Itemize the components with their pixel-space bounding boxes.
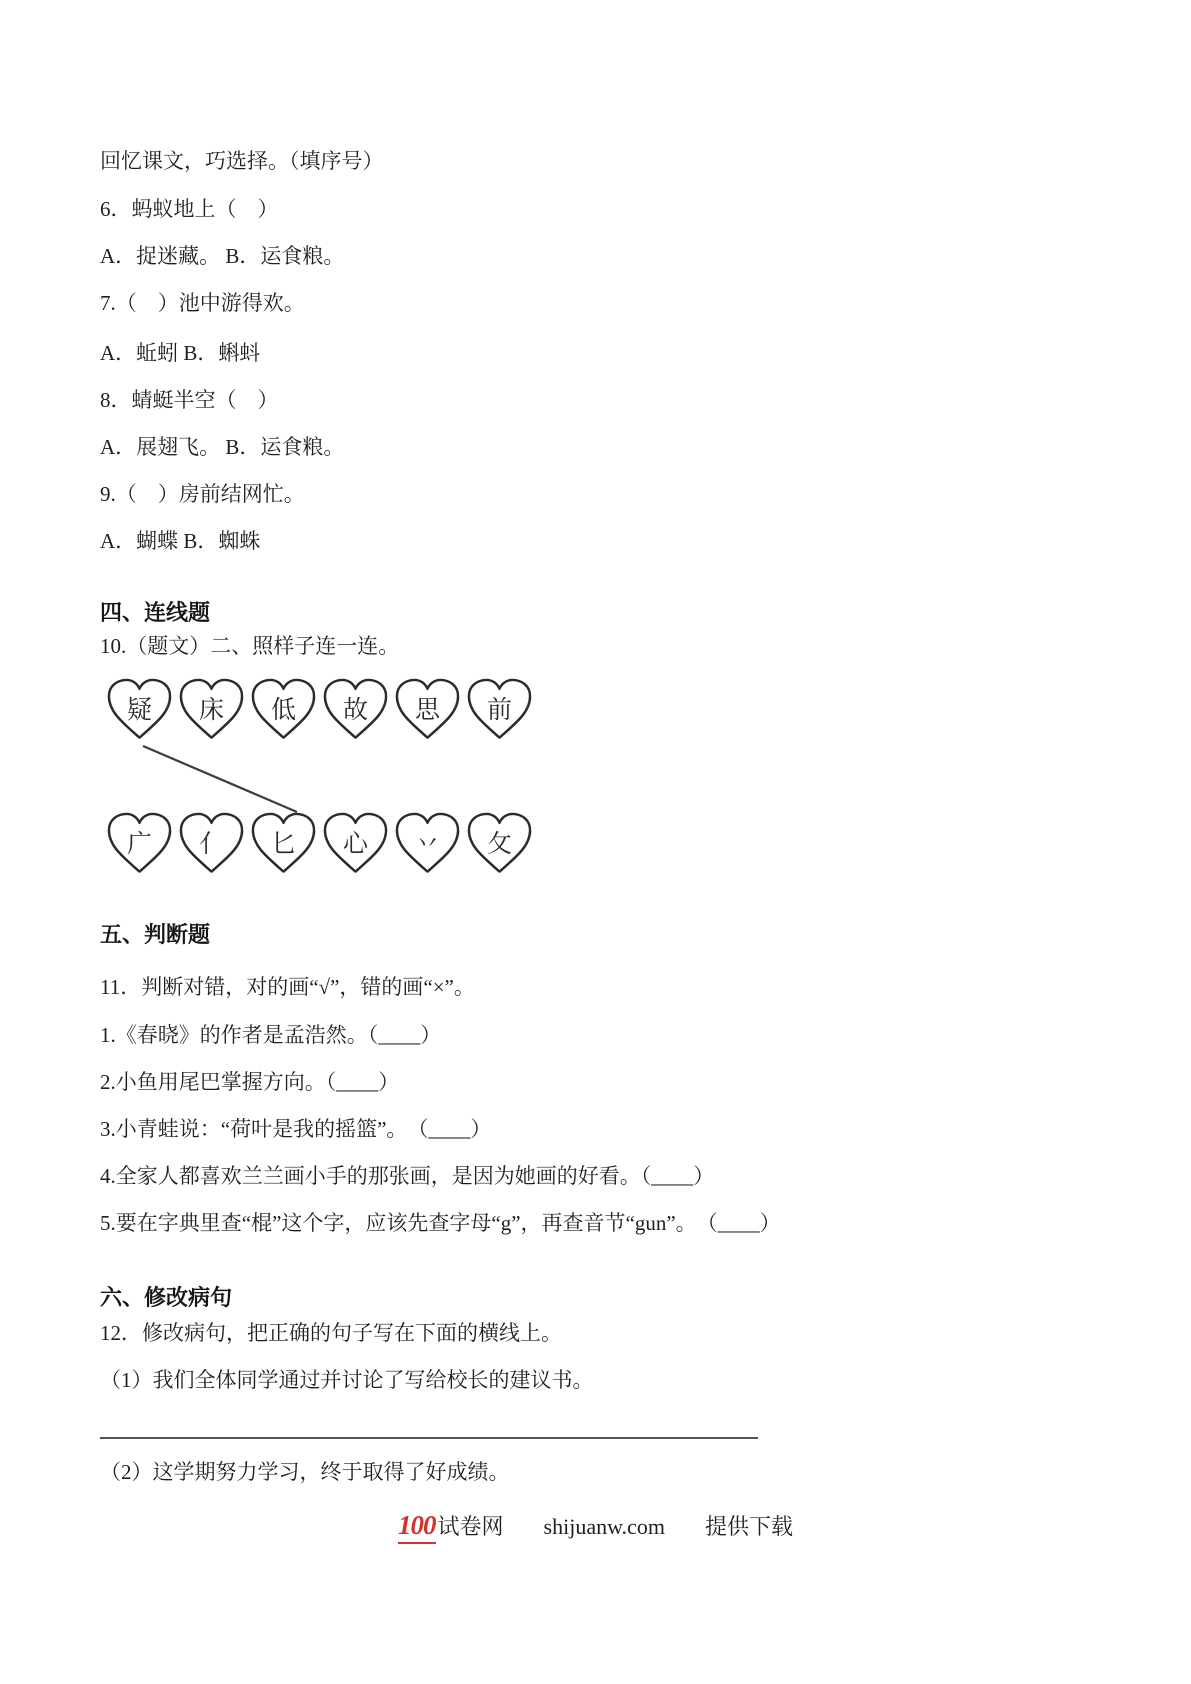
heart-character: 亻 <box>176 824 247 860</box>
section-title-correction: 六、修改病句 <box>100 1281 232 1312</box>
heart-character: 思 <box>392 690 463 726</box>
heart-shape: 疑 <box>104 676 175 744</box>
heart-character: 疑 <box>104 690 175 726</box>
footer-site-url: shijuanw.com <box>544 1514 665 1540</box>
judgment-item-3: 3.小青蛙说：“荷叶是我的摇篮”。 （____） <box>100 1116 491 1143</box>
hearts-row-characters: 疑 床 低 故 思 前 <box>104 676 535 744</box>
hearts-row-radicals: 广 亻 匕 心 丷 攵 <box>104 810 535 878</box>
heart-shape: 匕 <box>248 810 319 878</box>
heart-shape: 故 <box>320 676 391 744</box>
judgment-item-2: 2.小鱼用尾巴掌握方向。（____） <box>100 1069 399 1096</box>
site-logo: 100 试卷网 <box>398 1510 504 1544</box>
answer-writing-line <box>100 1437 758 1439</box>
heart-shape: 亻 <box>176 810 247 878</box>
choice-section-intro: 回忆课文，巧选择。（填序号） <box>100 148 384 175</box>
judgment-item-5: 5.要在字典里查“棍”这个字，应该先查字母“g”，再查音节“gun”。 （___… <box>100 1210 781 1237</box>
heart-character: 心 <box>320 824 391 860</box>
heart-character: 丷 <box>392 824 463 860</box>
judgment-item-4: 4.全家人都喜欢兰兰画小手的那张画，是因为她画的好看。（____） <box>100 1163 714 1190</box>
logo-100-icon: 100 <box>398 1510 436 1544</box>
question-8-options: A．展翅飞。 B．运食粮。 <box>100 434 344 461</box>
heart-character: 床 <box>176 690 247 726</box>
footer: 100 试卷网 shijuanw.com 提供下载 <box>0 1510 1191 1544</box>
correction-sentence-2: （2）这学期努力学习，终于取得了好成绩。 <box>100 1459 510 1486</box>
heart-shape: 低 <box>248 676 319 744</box>
heart-character: 攵 <box>464 824 535 860</box>
heart-character: 前 <box>464 690 535 726</box>
section-title-judgment: 五、判断题 <box>100 918 210 949</box>
judgment-item-1: 1.《春晓》的作者是孟浩然。（____） <box>100 1022 441 1049</box>
section-title-matching: 四、连线题 <box>100 596 210 627</box>
heart-shape: 丷 <box>392 810 463 878</box>
heart-character: 低 <box>248 690 319 726</box>
heart-character: 广 <box>104 824 175 860</box>
question-8-stem: 8．蜻蜓半空（ ） <box>100 387 279 414</box>
question-12-stem: 12．修改病句，把正确的句子写在下面的横线上。 <box>100 1320 562 1347</box>
example-connection-line <box>100 740 310 820</box>
question-11-stem: 11．判断对错，对的画“√”，错的画“×”。 <box>100 974 475 1001</box>
question-9-stem: 9.（ ）房前结网忙。 <box>100 481 305 508</box>
question-6-stem: 6．蚂蚁地上（ ） <box>100 196 279 223</box>
question-7-stem: 7.（ ）池中游得欢。 <box>100 290 305 317</box>
heart-character: 故 <box>320 690 391 726</box>
exam-page: 回忆课文，巧选择。（填序号） 6．蚂蚁地上（ ） A．捉迷藏。 B．运食粮。 7… <box>0 0 1191 1684</box>
heart-shape: 广 <box>104 810 175 878</box>
logo-site-name: 试卷网 <box>438 1510 504 1541</box>
heart-character: 匕 <box>248 824 319 860</box>
question-6-options: A．捉迷藏。 B．运食粮。 <box>100 243 344 270</box>
question-10-stem: 10.（题文）二、照样子连一连。 <box>100 633 399 660</box>
heart-shape: 床 <box>176 676 247 744</box>
heart-shape: 前 <box>464 676 535 744</box>
heart-shape: 心 <box>320 810 391 878</box>
footer-download-text: 提供下载 <box>705 1510 793 1541</box>
correction-sentence-1: （1）我们全体同学通过并讨论了写给校长的建议书。 <box>100 1367 594 1394</box>
heart-shape: 思 <box>392 676 463 744</box>
question-9-options: A．蝴蝶 B．蜘蛛 <box>100 528 260 555</box>
question-7-options: A．蚯蚓 B．蝌蚪 <box>100 340 260 367</box>
heart-shape: 攵 <box>464 810 535 878</box>
